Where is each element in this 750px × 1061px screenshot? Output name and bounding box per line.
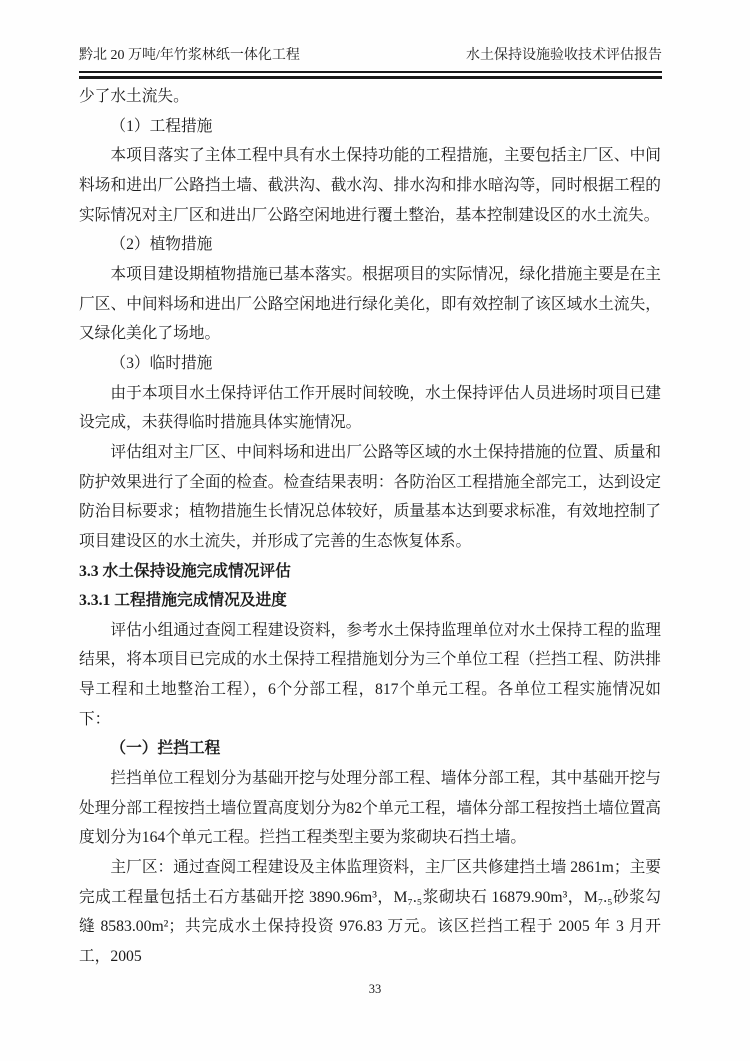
page-number: 33 xyxy=(369,982,382,996)
paragraph-retaining-works-division: 拦挡单位工程划分为基础开挖与处理分部工程、墙体分部工程，其中基础开挖与处理分部工… xyxy=(79,764,661,853)
section-heading-3-3: 3.3 水土保持设施完成情况评估 xyxy=(79,557,661,587)
paragraph-main-plant-area: 主厂区：通过查阅工程建设及主体监理资料，主厂区共修建挡土墙 2861m；主要完成… xyxy=(79,853,661,972)
paragraph-temporary-measures: 由于本项目水土保持评估工作开展时间较晚，水土保持评估人员进场时项目已建设完成，未… xyxy=(79,379,661,438)
section-heading-3-3-1: 3.3.1 工程措施完成情况及进度 xyxy=(79,586,661,616)
header-double-rule xyxy=(79,71,662,79)
item-2-plant-measures-label: （2）植物措施 xyxy=(79,230,661,260)
paragraph-evaluation-division: 评估小组通过查阅工程建设资料，参考水土保持监理单位对水土保持工程的监理结果，将本… xyxy=(79,616,661,735)
subheading-retaining-works: （一）拦挡工程 xyxy=(79,734,661,764)
page-header: 黔北 20 万吨/年竹浆林纸一体化工程 水土保持设施验收技术评估报告 xyxy=(79,47,662,65)
header-project-title: 黔北 20 万吨/年竹浆林纸一体化工程 xyxy=(79,47,300,65)
paragraph-inspection-results: 评估组对主厂区、中间料场和进出厂公路等区域的水土保持措施的位置、质量和防护效果进… xyxy=(79,438,661,557)
continuation-paragraph: 少了水土流失。 xyxy=(79,82,661,112)
item-1-engineering-measures-label: （1）工程措施 xyxy=(79,112,661,142)
paragraph-plant-measures: 本项目建设期植物措施已基本落实。根据项目的实际情况，绿化措施主要是在主厂区、中间… xyxy=(79,260,661,349)
document-page: 黔北 20 万吨/年竹浆林纸一体化工程 水土保持设施验收技术评估报告 少了水土流… xyxy=(0,0,750,1061)
item-3-temporary-measures-label: （3）临时措施 xyxy=(79,349,661,379)
header-report-title: 水土保持设施验收技术评估报告 xyxy=(466,47,662,65)
paragraph-engineering-measures: 本项目落实了主体工程中具有水土保持功能的工程措施，主要包括主厂区、中间料场和进出… xyxy=(79,141,661,230)
page-footer: 33 xyxy=(0,982,750,997)
page-body: 少了水土流失。 （1）工程措施 本项目落实了主体工程中具有水土保持功能的工程措施… xyxy=(79,82,661,972)
